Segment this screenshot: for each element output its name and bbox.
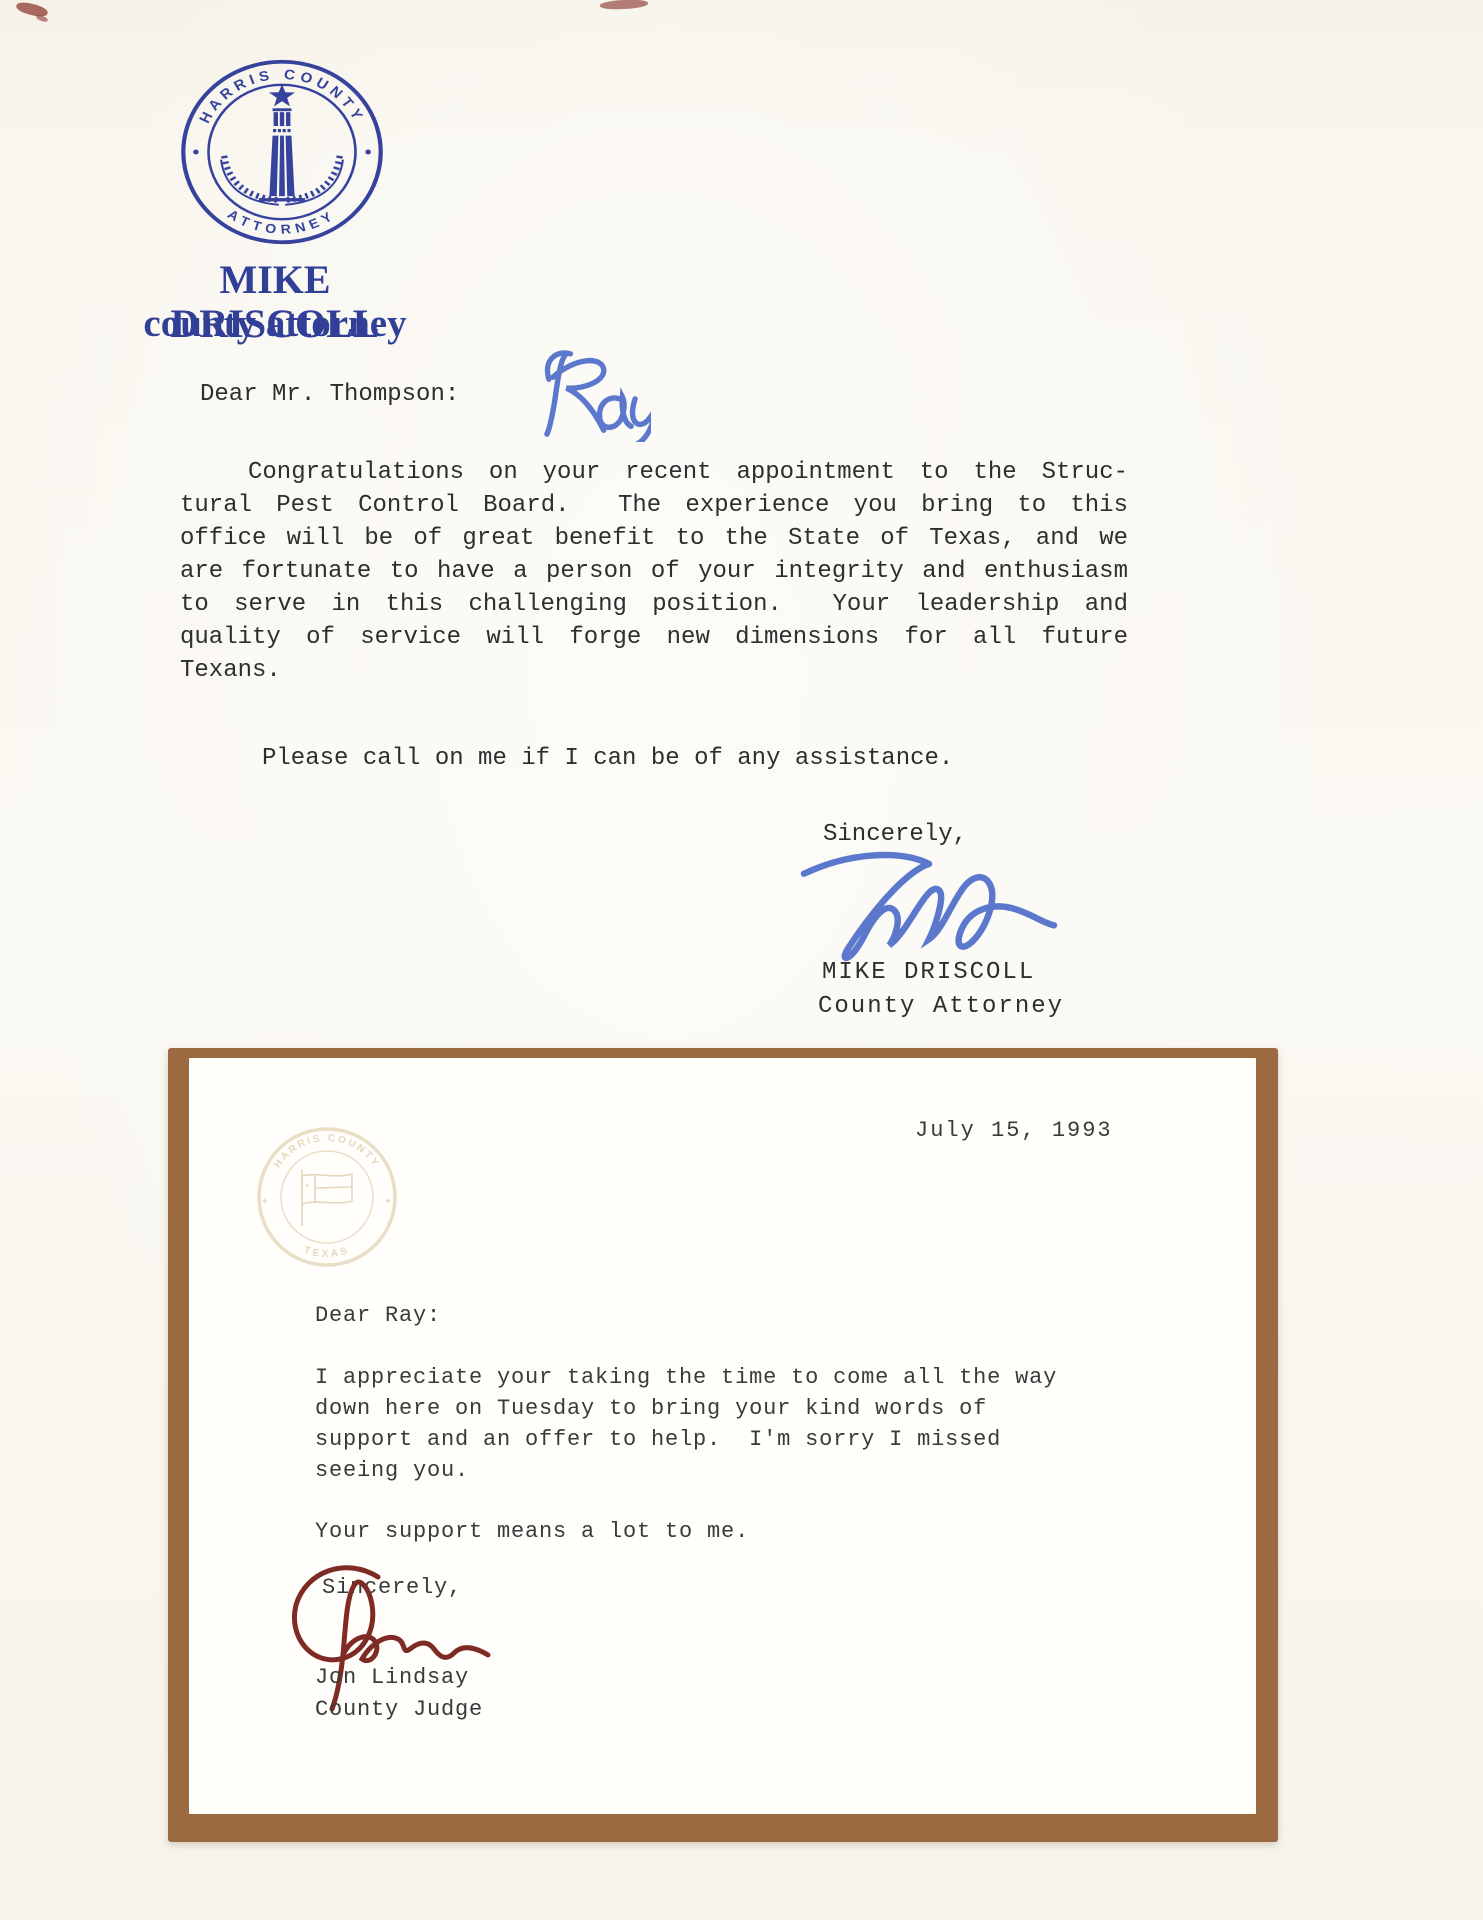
- body-line: tural Pest Control Board. The experience…: [180, 489, 1128, 522]
- mike-driscoll-signature-ink: [788, 844, 1060, 968]
- svg-text:ATTORNEY: ATTORNEY: [225, 207, 339, 237]
- body-line: are fortunate to have a person of your i…: [180, 555, 1128, 588]
- harris-county-texas-seal-icon: HARRIS COUNTY TEXAS ✦ ✦ ✦: [252, 1122, 402, 1272]
- harris-county-attorney-seal-icon: HARRIS COUNTY ATTORNEY: [177, 56, 387, 248]
- letter2-signed-title: County Judge: [315, 1694, 483, 1725]
- body-line: Congratulations on your recent appointme…: [180, 456, 1128, 489]
- letter2-body: I appreciate your taking the time to com…: [315, 1362, 1095, 1486]
- letter2-salutation: Dear Ray:: [315, 1300, 441, 1331]
- body-line: office will be of great benefit to the S…: [180, 522, 1128, 555]
- body-line: down here on Tuesday to bring your kind …: [315, 1393, 1095, 1424]
- letter2-date: July 15, 1993: [915, 1115, 1113, 1146]
- star-icon: [269, 84, 295, 107]
- letter1-signed-title: County Attorney: [818, 990, 1064, 1023]
- star-separator-icon: ✦: [384, 1196, 392, 1206]
- body-line: support and an offer to help. I'm sorry …: [315, 1424, 1095, 1455]
- scanned-document-page: HARRIS COUNTY ATTORNEY MIKE DRISCOLL: [0, 0, 1483, 1920]
- letter1-closing-line: Please call on me if I can be of any ass…: [262, 742, 953, 775]
- flag-icon: [302, 1170, 352, 1226]
- letter2-signed-name: Jon Lindsay: [315, 1662, 469, 1693]
- scan-artifact-mark: [600, 0, 648, 10]
- letterhead-title: county attorney: [130, 302, 420, 346]
- flag-star-icon: ✦: [305, 1181, 311, 1191]
- svg-text:TEXAS: TEXAS: [302, 1245, 351, 1260]
- scan-artifact-mark: [36, 14, 49, 23]
- letter1-valediction: Sincerely,: [823, 818, 967, 851]
- seal-ring-bottom-text: ATTORNEY: [225, 207, 339, 237]
- body-line: I appreciate your taking the time to com…: [315, 1362, 1095, 1393]
- letter1-salutation: Dear Mr. Thompson:: [200, 378, 459, 411]
- star-separator-icon: ✦: [261, 1196, 269, 1206]
- body-line: seeing you.: [315, 1455, 1095, 1486]
- san-jacinto-monument-icon: [259, 84, 305, 202]
- letter1-signed-name: MIKE DRISCOLL: [822, 956, 1035, 989]
- body-line: quality of service will forge new dimens…: [180, 621, 1128, 654]
- ray-handwritten-ink: [533, 344, 651, 442]
- seal-ring-bottom-text: TEXAS: [302, 1245, 351, 1260]
- letter2-valediction: Sincerely,: [322, 1572, 462, 1603]
- letter2-body-line2: Your support means a lot to me.: [315, 1516, 749, 1547]
- letter1-body: Congratulations on your recent appointme…: [180, 456, 1128, 687]
- body-line: Texans.: [180, 654, 1128, 687]
- body-line: to serve in this challenging position. Y…: [180, 588, 1128, 621]
